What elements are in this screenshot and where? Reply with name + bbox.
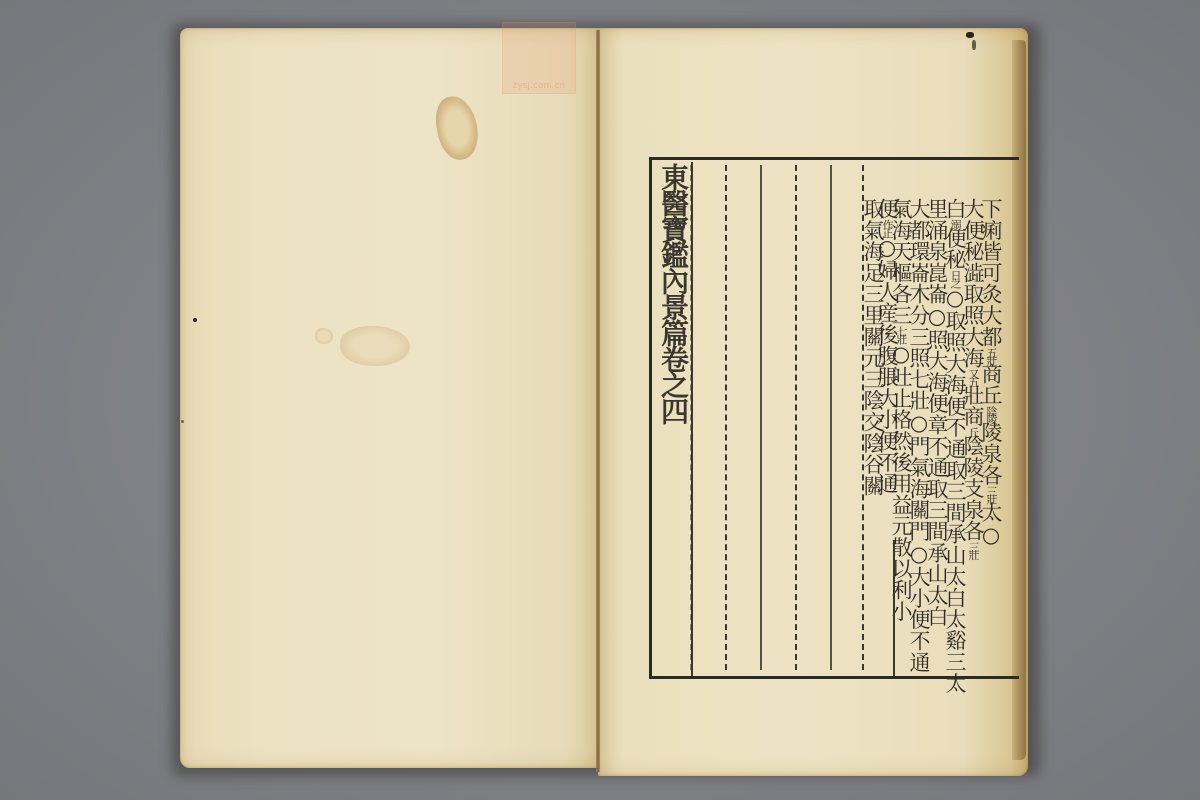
faint-stain [340,326,410,366]
book-title: 東醫寶鑑內景篇卷之四 [657,163,689,423]
column-rule [725,165,727,670]
text-column-8: 取氣海足三里關元三陰交陰谷關 [863,198,882,496]
left-page [180,28,600,768]
column-rule [760,165,762,670]
faint-stain-small [315,328,333,344]
ink-smudge [966,32,974,38]
ink-smudge [972,40,976,50]
column-rule [795,165,797,670]
frame-bottom-rule [649,676,1004,678]
column-rule [830,165,832,670]
watermark: zysj.com.cn [502,22,576,94]
watermark-text: zysj.com.cn [513,80,566,90]
column-rule [690,165,692,670]
book-spine [596,30,600,772]
lower-text-box-rule [893,540,1007,678]
ink-speck [181,420,184,423]
ink-speck [193,318,197,322]
